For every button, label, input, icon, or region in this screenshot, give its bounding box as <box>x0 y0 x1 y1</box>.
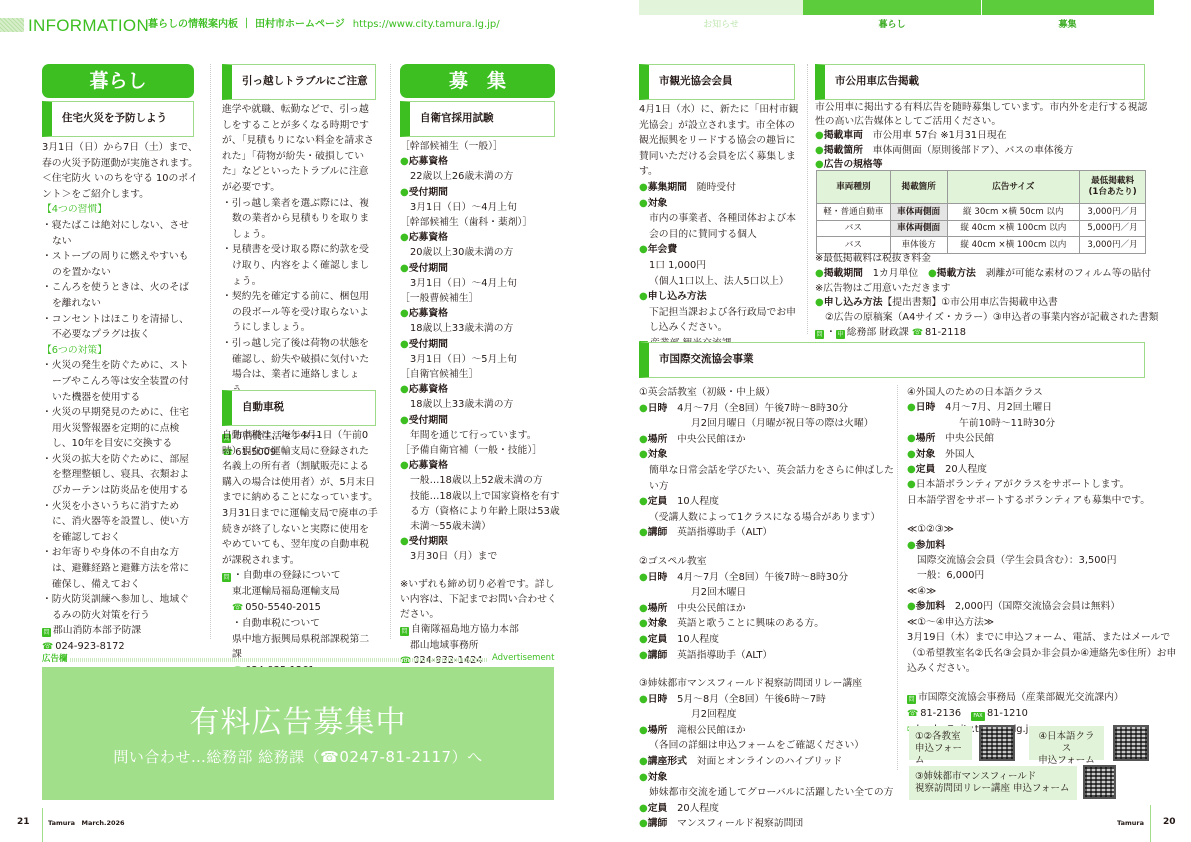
volunteer-text: 日本語学習をサポートするボランティアも募集中です。 <box>907 493 1177 508</box>
reserve-general: 一般…18歳以上52歳未満の方 <box>400 473 560 488</box>
cell-vehicle-type: バス <box>817 237 891 254</box>
date-value-2: 月2回月曜日（月曜が祝日等の際は火曜） <box>639 416 894 432</box>
contact-label: ・自動車の登録について <box>233 570 341 581</box>
phone-icon: ☎ <box>912 328 923 338</box>
measures-list: ・火災の発生を防ぐために、ストーブやこんろ等は安全装置の付いた機器を使用する ・… <box>42 358 198 623</box>
apply-label: 申し込み方法 <box>648 291 707 302</box>
cap-row: ●定員 10人程度 <box>639 494 894 510</box>
section-title-sdf-recruit: 自衛官採用試験 <box>400 101 555 137</box>
ad-label: 広告欄 <box>42 653 68 665</box>
bullet-dot-icon: ● <box>639 182 648 193</box>
group-name: ［幹部候補生（歯科・薬剤）］ <box>400 215 560 230</box>
location-row: ●掲載箇所 車体両側面（原則後部ドア）、バスの車体後方 <box>815 144 1155 158</box>
place-label: 場所 <box>648 725 668 736</box>
inquiry-icon: 問 <box>815 330 824 339</box>
contact-org: 東北運輸局福島運輸支局 <box>222 584 378 600</box>
course-name: ④外国人のための日本語クラス <box>907 385 1177 400</box>
category-banner-kurashi: 暮らし <box>42 64 194 98</box>
col-header-min-fee: 最低掲載料 (1台あたり) <box>1080 171 1146 204</box>
apply-icon: 申 <box>836 330 845 339</box>
group-name: ［予備自衛官補（一般・技能）］ <box>400 443 560 458</box>
fax-icon: FAX <box>971 712 985 721</box>
column-divider <box>807 64 808 334</box>
apply-row: ●申し込み方法【提出書類】①市公用車広告掲載申込書 <box>815 296 1160 311</box>
contact-org: 郡山消防本部予防課 <box>53 625 141 636</box>
cell-ad-size: 縦 40cm ×横 100cm 以内 <box>947 220 1080 237</box>
support-text: 日本語ボランティアがクラスをサポートします。 <box>916 479 1130 490</box>
bullet-dot-icon: ● <box>639 694 648 705</box>
bullet-dot-icon: ● <box>815 145 824 156</box>
ad-contact-text: 問い合わせ…総務部 総務課（☎0247-81-2117）へ <box>42 747 554 769</box>
vehicles-label: 掲載車両 <box>824 130 863 141</box>
bullet-dot-icon: ● <box>639 618 648 629</box>
table-row: バス 車体後方 縦 40cm ×横 100cm 以内 3,000円／月 <box>817 237 1146 254</box>
group-name: ［幹部候補生（一般）］ <box>400 139 560 154</box>
contact-org2: 郡山地域事務所 <box>400 638 560 653</box>
list-item: ・こんろを使うときは、火のそばを離れない <box>42 280 198 311</box>
bullet-dot-icon: ● <box>400 308 409 319</box>
bullet-dot-icon: ● <box>639 449 648 460</box>
date-row: ●日時 5月～8月（全8回）午後6時～7時 <box>639 692 894 708</box>
bullet-dot-icon: ● <box>907 479 916 490</box>
vehicles-value: 市公用車 57台 ※1月31日現在 <box>873 130 1007 141</box>
group-name: ［一般曹候補生］ <box>400 291 560 306</box>
cell-vehicle-type: バス <box>817 220 891 237</box>
cell-ad-size: 縦 40cm ×横 100cm 以内 <box>947 237 1080 254</box>
sdf-group: ［一般曹候補生］ ●応募資格 18歳以上33歳未満の方 ●受付期間 3月1日（日… <box>400 291 560 367</box>
bullet-dot-icon: ● <box>400 415 409 426</box>
apply-text: 3月19日（木）までに申込フォーム、電話、またはメールで（①希望教室名②氏名③会… <box>907 630 1177 676</box>
contact-label: ・自動車税について <box>222 616 378 632</box>
table-header-row: 車両種別 掲載箇所 広告サイズ 最低掲載料 (1台あたり) <box>817 171 1146 204</box>
period-label: 受付期間 <box>409 415 448 426</box>
course-name: ②ゴスペル教室 <box>639 554 894 570</box>
cartax-contact1: 問・自動車の登録について <box>222 568 378 584</box>
qual-value: 18歳以上33歳未満の方 <box>400 321 560 336</box>
homepage-url-link[interactable]: https://www.city.tamura.lg.jp/ <box>353 19 500 30</box>
cap-value: 10人程度 <box>677 496 719 507</box>
fee-block: ≪①②③≫ ●参加料 国際交流協会会員（学生会員含む）：3,500円 一般：6,… <box>907 522 1177 676</box>
teacher-label: 講師 <box>648 818 668 829</box>
fee-label: 参加料 <box>916 540 945 551</box>
qual-label-row: ●応募資格 <box>400 154 560 169</box>
target-value: 英語と歌うことに興味のある方。 <box>677 618 824 629</box>
cap-row: ●定員 10人程度 <box>639 632 894 648</box>
col-header-location: 掲載箇所 <box>890 171 947 204</box>
cartax-p1: 自動車税は、毎年4月1日（午前0時）現在で運輸支局に登録された名義上の所有者（割… <box>222 428 378 506</box>
date-row: ●日時 4月～7月、月2回土曜日 <box>907 400 1177 415</box>
target-label-row: ●対象 <box>639 770 894 786</box>
list-item: ・寝たばこは絶対にしない、させない <box>42 218 198 249</box>
date-value-2: 月2回木曜日 <box>639 585 894 601</box>
format-row: ●講座形式 対面とオンラインのハイブリッド <box>639 754 894 770</box>
table-row: 軽・普通自動車 車体両側面 縦 30cm ×横 50cm 以内 3,000円／月 <box>817 204 1146 221</box>
contact-tel: 81-2136 <box>920 708 961 719</box>
contact-org: 総務部 財政課 <box>847 327 909 338</box>
target-label: 対象 <box>648 618 668 629</box>
vehicle-ad-details: ※最低掲載料は税抜き料金 ●掲載期間 1カ月単位 ●掲載方法 剥離が可能な素材の… <box>815 252 1160 341</box>
tab-boshu[interactable]: 募集 <box>981 19 1154 32</box>
bullet-dot-icon: ● <box>400 263 409 274</box>
course-2: ②ゴスペル教室 ●日時 4月～7月（全8回）午後7時～8時30分 月2回木曜日 … <box>639 554 894 663</box>
contact-tel: 81-2118 <box>925 327 966 338</box>
place-label: 場所 <box>916 433 936 444</box>
intl-left-column: ①英会話教室（初級・中上級） ●日時 4月～7月（全8回）午後7時～8時30分 … <box>639 385 894 832</box>
page-number-left: 21 <box>17 816 30 829</box>
habits-list: ・寝たばこは絶対にしない、させない ・ストーブの周りに燃えやすいものを置かない … <box>42 218 198 343</box>
section-title-fire-prevention: 住宅火災を予防しよう <box>42 101 194 137</box>
footer-divider <box>1150 805 1151 842</box>
bullet-dot-icon: ● <box>639 244 648 255</box>
period-value: 随時受付 <box>697 182 736 193</box>
vehicle-intro: 市公用車に掲出する有料広告を随時募集しています。市内外を走行する視認性の高い広告… <box>815 101 1155 129</box>
apply-head: ≪①～④申込方法≫ <box>907 615 1177 630</box>
tab-kurashi[interactable]: 暮らし <box>803 19 981 32</box>
target-row: ●対象 英語と歌うことに興味のある方。 <box>639 616 894 632</box>
header-subtitle-text: 暮らしの情報案内板 ｜ 田村市ホームページ <box>148 19 345 30</box>
period-label-row: ●受付期間 <box>400 413 560 428</box>
place-note: （各回の詳細は申込フォームをご確認ください） <box>639 738 894 754</box>
apply-label-row: ●申し込み方法 <box>639 289 801 305</box>
reserve-group: ［予備自衛官補（一般・技能）］ ●応募資格 一般…18歳以上52歳未満の方 技能… <box>400 443 560 565</box>
contact-org: 自衛隊福島地方協力本部 <box>411 624 519 635</box>
sdf-note: ※いずれも締め切り必着です。詳しい内容は、下記までお問い合わせください。 <box>400 577 560 623</box>
format-value: 対面とオンラインのハイブリッド <box>697 756 843 767</box>
period-label: 受付期間 <box>409 263 448 274</box>
cartax-p2: 3月31日までに運輸支局で廃車の手続きが終了しないと実際に使用をやめていても、翌… <box>222 506 378 568</box>
period-value: 3月1日（日）～4月上旬 <box>400 200 560 215</box>
bullet-dot-icon: ● <box>639 603 648 614</box>
cell-min-fee: 3,000円／月 <box>1080 204 1146 221</box>
teacher-value: 英語指導助手（ALT） <box>677 527 772 538</box>
term-label: 掲載期間 <box>824 268 863 279</box>
teacher-value: マンスフィールド視察訪問団 <box>677 818 803 829</box>
target-label-row: ●対象 <box>639 447 894 463</box>
footer-publication: Tamura March.2026 <box>48 819 125 828</box>
cell-min-fee: 5,000円／月 <box>1080 220 1146 237</box>
moving-tips-list: ・引っ越し業者を選ぶ際には、複数の業者から見積もりを取りましょう。 ・見積書を受… <box>222 196 378 399</box>
fee-123-member: 国際交流協会会員（学生会員含む）：3,500円 <box>907 553 1177 568</box>
date-label: 日時 <box>648 572 668 583</box>
qual-label-row: ●応募資格 <box>400 458 560 473</box>
bullet-dot-icon: ● <box>400 187 409 198</box>
cap-value: 20人程度 <box>677 803 719 814</box>
contact-tel: 024-923-8172 <box>55 641 124 652</box>
cell-location: 車体両側面 <box>890 204 947 221</box>
deadline-value: 3月30日（月）まで <box>400 549 560 564</box>
list-item: ・防火防災訓練へ参加し、地域ぐるみの防火対策を行う <box>42 592 198 623</box>
bullet-dot-icon: ● <box>639 756 648 767</box>
cap-value: 10人程度 <box>677 634 719 645</box>
cap-label: 定員 <box>648 496 668 507</box>
spec-label: 広告の規格等 <box>824 159 883 170</box>
target-value: 外国人 <box>945 449 974 460</box>
qual-label: 応募資格 <box>409 156 448 167</box>
course-1: ①英会話教室（初級・中上級） ●日時 4月～7月（全8回）午後7時～8時30分 … <box>639 385 894 541</box>
list-item: ・ストーブの周りに燃えやすいものを置かない <box>42 249 198 280</box>
place-label: 場所 <box>648 434 668 445</box>
tourism-intro: 4月1日（水）に、新たに「田村市観光協会」が設立されます。市全体の観光振興をリー… <box>639 102 801 180</box>
bullet-dot-icon: ● <box>815 297 824 308</box>
bullet-dot-icon: ● <box>639 650 648 661</box>
bullet-dot-icon: ● <box>907 433 916 444</box>
inquiry-icon: 問 <box>907 695 916 704</box>
qual-value: 22歳以上26歳未満の方 <box>400 169 560 184</box>
contact-tel-fax-row: ☎81-2136 FAX81-1210 <box>907 706 1177 722</box>
column-divider <box>897 385 898 770</box>
tab-oshirase[interactable]: お知らせ <box>639 19 803 32</box>
fire-intro: 3月1日（日）から7日（土）まで、春の火災予防運動が実施されます。＜住宅防火 い… <box>42 140 198 202</box>
cap-label: 定員 <box>648 634 668 645</box>
apply-label: 申し込み方法 <box>824 297 883 308</box>
bullet-dot-icon: ● <box>639 725 648 736</box>
qual-label: 応募資格 <box>409 308 448 319</box>
period-value: 3月1日（日）～4月上旬 <box>400 276 560 291</box>
teacher-row: ●講師 英語指導助手（ALT） <box>639 648 894 664</box>
qual-label-row: ●応募資格 <box>400 306 560 321</box>
period-label-row: ●受付期間 <box>400 185 560 200</box>
qual-label: 応募資格 <box>409 460 448 471</box>
format-label: 講座形式 <box>648 756 687 767</box>
course-3: ③姉妹都市マンスフィールド視察訪問団リレー講座 ●日時 5月～8月（全8回）午後… <box>639 676 894 832</box>
phone-icon: ☎ <box>232 603 243 613</box>
col-header-vehicle-type: 車両種別 <box>817 171 891 204</box>
bullet-dot-icon: ● <box>400 536 409 547</box>
cap-note: （受講人数によって1クラスになる場合があります） <box>639 510 894 526</box>
section-title-moving-trouble: 引っ越しトラブルにご注意 <box>222 64 376 100</box>
fee-label: 参加料 <box>916 601 945 612</box>
qual-value: 20歳以上30歳未満の方 <box>400 245 560 260</box>
date-value-2: 午前10時～11時30分 <box>907 416 1177 431</box>
cap-value: 20人程度 <box>945 464 987 475</box>
course-name: ①英会話教室（初級・中上級） <box>639 385 894 401</box>
period-label: 受付期間 <box>409 187 448 198</box>
target-label: 対象 <box>648 449 668 460</box>
date-row: ●日時 4月～7月（全8回）午後7時～8時30分 <box>639 570 894 586</box>
cell-vehicle-type: 軽・普通自動車 <box>817 204 891 221</box>
tourism-article: 4月1日（水）に、新たに「田村市観光協会」が設立されます。市全体の観光振興をリー… <box>639 102 801 368</box>
location-label: 掲載箇所 <box>824 145 863 156</box>
section-title-vehicle-ad: 市公用車広告掲載 <box>815 64 1145 100</box>
cell-min-fee: 3,000円／月 <box>1080 237 1146 254</box>
date-value: 4月～7月（全8回）午後7時～8時30分 <box>677 403 848 414</box>
tax-note: ※最低掲載料は税抜き料金 <box>815 252 1160 267</box>
apply-value: 下記担当課および各行政局でお申し込みください。 <box>639 305 801 336</box>
fee-note: （個人1口以上、法人5口以上） <box>639 274 801 290</box>
method-value: 剥離が可能な素材のフィルム等の貼付 <box>986 268 1151 279</box>
col-header-ad-size: 広告サイズ <box>947 171 1080 204</box>
form-link-classes-1-2[interactable]: ①②各教室 申込フォーム <box>909 726 972 760</box>
date-value: 5月～8月（全8回）午後6時～7時 <box>677 694 826 705</box>
contact-tel: 050-5540-2015 <box>245 602 321 613</box>
tab-kurashi-bar[interactable] <box>803 0 981 15</box>
section-title-tourism-member: 市観光協会会員 <box>639 64 795 100</box>
phone-icon: ☎ <box>42 642 53 652</box>
material-note: ※広告物はご用意いただきます <box>815 282 1160 297</box>
bullet-dot-icon: ● <box>639 291 648 302</box>
bullet-dot-icon: ● <box>639 434 648 445</box>
place-value: 中央公民館 <box>945 433 994 444</box>
ad-spec-table: 車両種別 掲載箇所 広告サイズ 最低掲載料 (1台あたり) 軽・普通自動車 車体… <box>816 170 1146 254</box>
fee-value: 1口 1,000円 <box>639 258 801 274</box>
cell-location: 車体両側面 <box>890 220 947 237</box>
date-label: 日時 <box>916 402 936 413</box>
place-row: ●場所 中央公民館ほか <box>639 601 894 617</box>
sdf-group: ［幹部候補生（歯科・薬剤）］ ●応募資格 20歳以上30歳未満の方 ●受付期間 … <box>400 215 560 291</box>
bullet-dot-icon: ● <box>400 384 409 395</box>
period-label-row: ●受付期間 <box>400 337 560 352</box>
header-decoration <box>0 18 24 32</box>
bullet-dot-icon: ● <box>639 803 648 814</box>
bullet-dot-icon: ● <box>639 572 648 583</box>
fee-4-value: 2,000円（国際交流協会会員は無料） <box>955 601 1120 612</box>
support-row: ●日本語ボランティアがクラスをサポートします。 <box>907 477 1177 492</box>
bullet-dot-icon: ● <box>815 130 824 141</box>
place-value: 中央公民館ほか <box>677 603 746 614</box>
cartax-tel1: ☎050-5540-2015 <box>222 600 378 617</box>
bullet-dot-icon: ● <box>928 268 937 279</box>
fee-label-row: ●年会費 <box>639 242 801 258</box>
target-label: 対象 <box>648 772 668 783</box>
tab-oshirase-bar[interactable] <box>639 0 803 15</box>
footer-divider <box>42 808 43 842</box>
list-item: ・見積書を受け取る際に約款を受け取り、内容をよく確認しましょう。 <box>222 242 378 289</box>
list-item: ・引っ越し完了後は荷物の状態を確認し、紛失や破損に気付いた場合は、業者に連絡しま… <box>222 336 378 398</box>
place-value: 中央公民館ほか <box>677 434 746 445</box>
column-divider <box>210 64 211 639</box>
form-link-mansfield-lecture[interactable]: ③姉妹都市マンスフィールド 視察訪問団リレー講座 申込フォーム <box>909 766 1077 800</box>
fee-label-row: ●参加料 <box>907 538 1177 553</box>
cap-label: 定員 <box>916 464 936 475</box>
location-value: 車体両側面（原則後部ドア）、バスの車体後方 <box>873 145 1074 156</box>
list-item: ・コンセントはほこりを清掃し、不必要なプラグは抜く <box>42 312 198 343</box>
qr-code-icon[interactable] <box>1113 725 1149 761</box>
cap-row: ●定員 20人程度 <box>907 462 1177 477</box>
bullet-dot-icon: ● <box>639 198 648 209</box>
section-title-car-tax: 自動車税 <box>222 390 376 426</box>
teacher-label: 講師 <box>648 527 668 538</box>
fee-4-head: ≪④≫ <box>907 584 1177 599</box>
fire-contact: 問郡山消防本部予防課 <box>42 623 198 639</box>
period-value: 3月1日（日）～5月上旬 <box>400 352 560 367</box>
period-row: ●募集期間 随時受付 <box>639 180 801 196</box>
qual-value: 18歳以上33歳未満の方 <box>400 397 560 412</box>
list-item: ・お年寄りや身体の不自由な方は、避難経路と避難方法を常に確保し、備えておく <box>42 545 198 592</box>
page-section-title: INFORMATION <box>28 14 149 39</box>
teacher-label: 講師 <box>648 650 668 661</box>
list-item: ・火災の早期発見のために、住宅用火災警報器を定期的に点検し、10年を目安に交換す… <box>42 405 198 452</box>
fee-123-head: ≪①②③≫ <box>907 522 1177 537</box>
period-value: 年間を通じて行っています。 <box>400 428 560 443</box>
list-item: ・火災を小さいうちに消すために、消火器等を設置し、使い方を確認しておく <box>42 499 198 546</box>
section-title-intl-exchange: 市国際交流協会事業 <box>639 342 1145 378</box>
bullet-dot-icon: ● <box>907 449 916 460</box>
teacher-value: 英語指導助手（ALT） <box>677 650 772 661</box>
header-subtitle: 暮らしの情報案内板 ｜ 田村市ホームページhttps://www.city.ta… <box>148 18 500 33</box>
place-value: 滝根公民館ほか <box>677 725 746 736</box>
place-row: ●場所 滝根公民館ほか <box>639 723 894 739</box>
bullet-dot-icon: ● <box>815 268 824 279</box>
contact-org: 市国際交流協会事務局（産業部観光交流課内） <box>918 692 1124 703</box>
bullet-dot-icon: ● <box>907 601 916 612</box>
bullet-dot-icon: ● <box>815 159 824 170</box>
cap-row: ●定員 20人程度 <box>639 801 894 817</box>
moving-intro: 進学や就職、転勤などで、引っ越しをすることが多くなる時期ですが、「見積もりにない… <box>222 102 378 196</box>
inquiry-icon: 問 <box>42 628 51 637</box>
category-banner-boshu: 募 集 <box>400 64 555 98</box>
date-value-2: 月2回程度 <box>639 707 894 723</box>
table-row: バス 車体両側面 縦 40cm ×横 100cm 以内 5,000円／月 <box>817 220 1146 237</box>
method-label: 掲載方法 <box>937 268 976 279</box>
phone-icon: ☎ <box>907 709 918 719</box>
bullet-dot-icon: ● <box>907 464 916 475</box>
bullet-dot-icon: ● <box>639 772 648 783</box>
bullet-dot-icon: ● <box>639 527 648 538</box>
inquiry-icon: 問 <box>400 627 409 636</box>
target-value: 市内の事業者、各種団体および本会の目的に賛同する個人 <box>639 211 801 242</box>
habits-label: 【4つの習慣】 <box>42 202 198 218</box>
deadline-label-row: ●受付期限 <box>400 534 560 549</box>
contact-fax: 81-1210 <box>987 708 1028 719</box>
footer-publication-right: Tamura <box>1117 819 1144 828</box>
form-link-japanese-class[interactable]: ④日本語クラス 申込フォーム <box>1029 726 1104 760</box>
qual-label: 応募資格 <box>409 384 448 395</box>
target-row: ●対象 外国人 <box>907 447 1177 462</box>
qual-label-row: ●応募資格 <box>400 230 560 245</box>
bullet-dot-icon: ● <box>639 496 648 507</box>
place-row: ●場所 中央公民館ほか <box>639 432 894 448</box>
date-row: ●日時 4月～7月（全8回）午後7時～8時30分 <box>639 401 894 417</box>
period-label-row: ●受付期間 <box>400 261 560 276</box>
ad-banner[interactable]: 有料広告募集中 問い合わせ…総務部 総務課（☎0247-81-2117）へ <box>42 667 554 800</box>
measures-label: 【6つの対策】 <box>42 343 198 359</box>
list-item: ・火災の発生を防ぐために、ストーブやこんろ等は安全装置の付いた機器を使用する <box>42 358 198 405</box>
list-item: ・火災の拡大を防ぐために、部屋を整理整頓し、寝具、衣類およびカーテンは防炎品を使… <box>42 452 198 499</box>
apply-docs-2: ②広告の原稿案（A4サイズ・カラー）③申込者の事業内容が記載された書類 <box>815 311 1160 326</box>
bullet-dot-icon: ● <box>639 634 648 645</box>
cell-ad-size: 縦 30cm ×横 50cm 以内 <box>947 204 1080 221</box>
qr-code-icon[interactable] <box>1083 765 1116 799</box>
target-label: 対象 <box>916 449 936 460</box>
target-value: 簡単な日常会話を学びたい、英会話力をさらに伸ばしたい方 <box>639 463 894 494</box>
period-label: 受付期間 <box>409 339 448 350</box>
term-method-row: ●掲載期間 1カ月単位 ●掲載方法 剥離が可能な素材のフィルム等の貼付 <box>815 267 1160 282</box>
list-item: ・契約先を確定する前に、梱包用の段ボール等を受け取らないようにしましょう。 <box>222 289 378 336</box>
qr-code-icon[interactable] <box>979 725 1015 761</box>
vehicle-contact: 問・申総務部 財政課 ☎81-2118 <box>815 326 1160 341</box>
list-item: ・引っ越し業者を選ぶ際には、複数の業者から見積もりを取りましょう。 <box>222 196 378 243</box>
reserve-skill: 技能…18歳以上で国家資格を有する方（資格により年齢上限は53歳未満～55歳未満… <box>400 489 560 535</box>
ad-main-text: 有料広告募集中 <box>42 667 554 745</box>
bullet-dot-icon: ● <box>639 403 648 414</box>
car-tax-article: 自動車税は、毎年4月1日（午前0時）現在で運輸支局に登録された名義上の所有者（割… <box>222 428 378 680</box>
sdf-group: ［自衛官候補生］ ●応募資格 18歳以上33歳未満の方 ●受付期間 年間を通じて… <box>400 367 560 443</box>
teacher-row: ●講師 マンスフィールド視察訪問団 <box>639 816 894 832</box>
teacher-row: ●講師 英語指導助手（ALT） <box>639 525 894 541</box>
bullet-dot-icon: ● <box>400 156 409 167</box>
bullet-dot-icon: ● <box>907 402 916 413</box>
ad-label-english: Advertisement <box>492 652 554 664</box>
fee-4-row: ●参加料 2,000円（国際交流協会会員は無料） <box>907 599 1177 614</box>
sdf-contact: 問自衛隊福島地方協力本部 <box>400 622 560 637</box>
qual-label: 応募資格 <box>409 232 448 243</box>
sdf-group: ［幹部候補生（一般）］ ●応募資格 22歳以上26歳未満の方 ●受付期間 3月1… <box>400 139 560 215</box>
tab-boshu-bar[interactable] <box>981 0 1154 15</box>
target-label: 対象 <box>648 198 668 209</box>
qual-label-row: ●応募資格 <box>400 382 560 397</box>
bullet-dot-icon: ● <box>400 232 409 243</box>
place-label: 場所 <box>648 603 668 614</box>
